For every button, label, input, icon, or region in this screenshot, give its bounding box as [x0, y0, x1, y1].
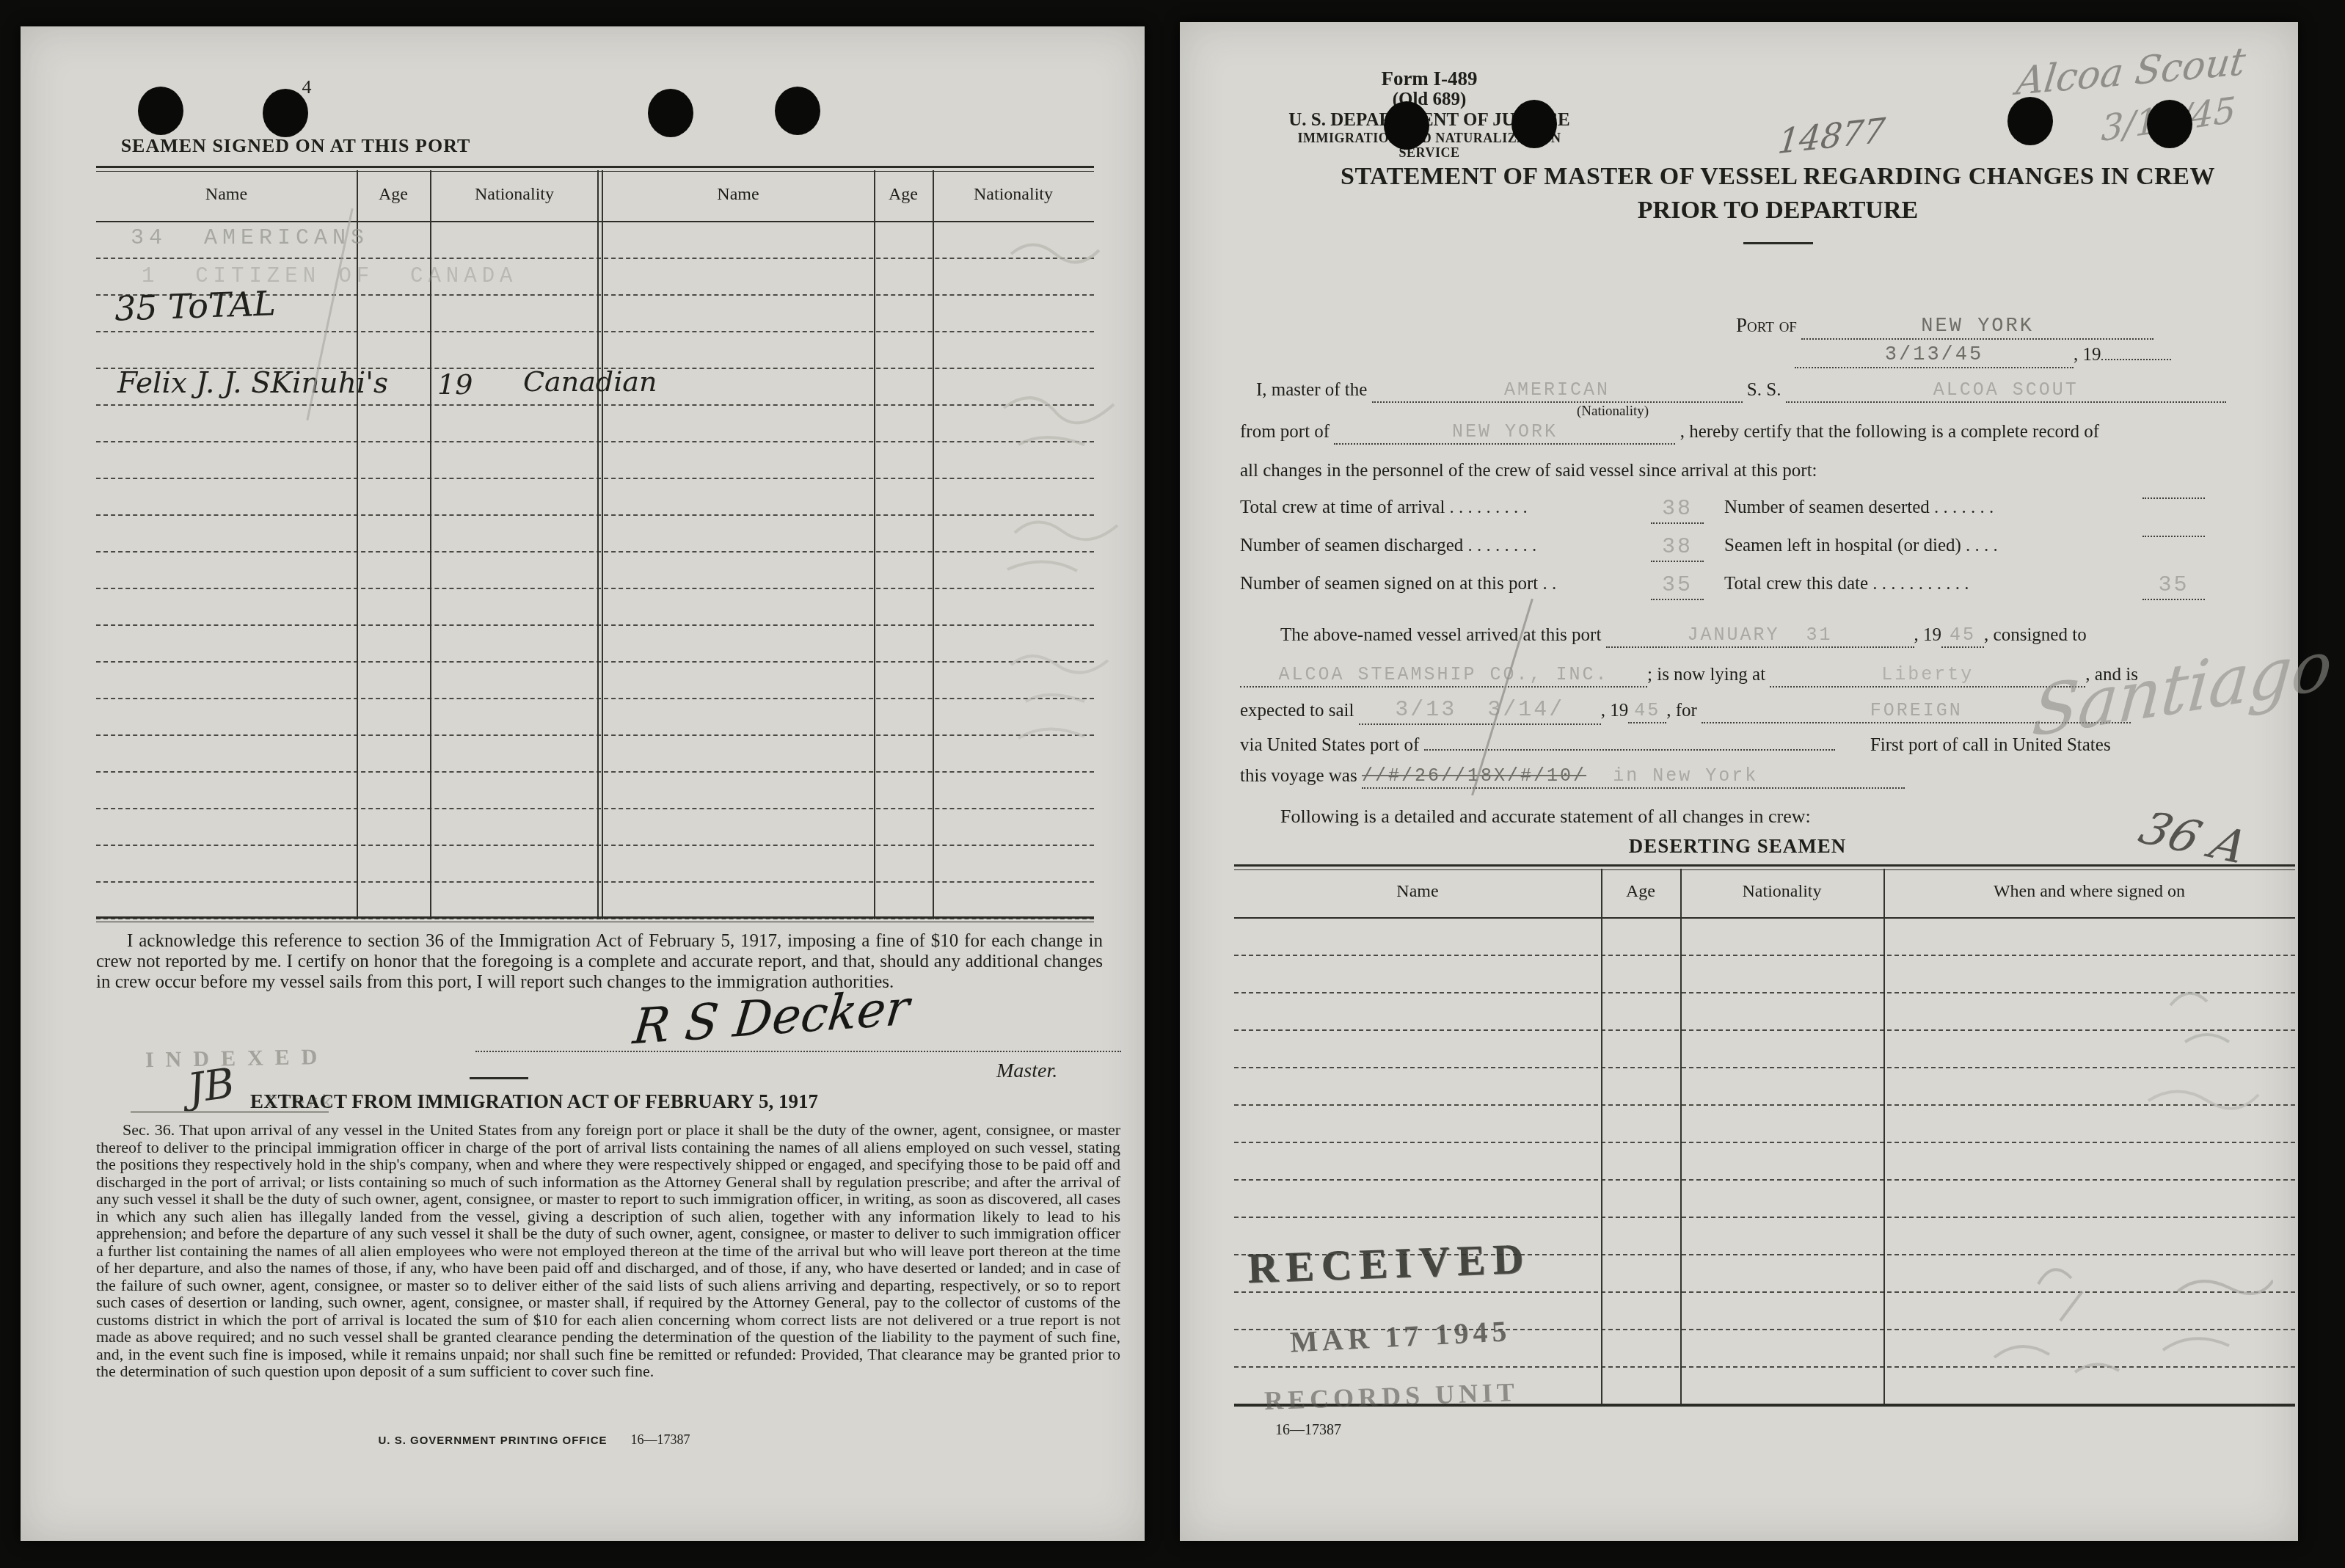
form-footer-number: 16—17387 [1275, 1422, 1341, 1439]
port-label: Port of [1736, 314, 1797, 336]
table-row [96, 699, 1094, 736]
table-row [96, 736, 1094, 773]
year-fill [2101, 359, 2171, 360]
table-row [96, 479, 1094, 516]
signature-role-label: Master. [996, 1060, 1057, 1083]
table-row [96, 626, 1094, 663]
column-divider [874, 170, 875, 919]
port-line: Port of NEW YORK [1736, 314, 2153, 340]
lying-at-label: ; is now lying at [1647, 665, 1765, 685]
master-lead: I, master of the [1256, 380, 1367, 400]
table-row [96, 553, 1094, 589]
table-row [96, 516, 1094, 553]
consignee-fill: ALCOA STEAMSHIP CO., INC. [1240, 665, 1647, 688]
consignee-value: ALCOA STEAMSHIP CO., INC. [1278, 664, 1608, 685]
right-page: Form I-489 (Old 689) U. S. DEPARTMENT OF… [1180, 22, 2298, 1541]
all-changes-line: all changes in the personnel of the crew… [1240, 461, 1817, 481]
vessel-fill: ALCOA SCOUT [1786, 380, 2226, 403]
date-value: 3/13/45 [1885, 344, 1983, 366]
punch-hole [2147, 100, 2192, 148]
arrival-line-3: expected to sail 3/13 3/14/ , 1945, for … [1240, 699, 2131, 725]
arrival-l1b: , 19 [1914, 625, 1942, 645]
table-row [1234, 956, 2295, 993]
table-row [1234, 1181, 2295, 1218]
punch-hole [775, 87, 820, 135]
arrival-l1-text: The above-named vessel arrived at this p… [1280, 625, 1601, 645]
divider-dash [470, 1077, 528, 1079]
sail-l3b: , 19 [1601, 701, 1629, 721]
table-row [1234, 1106, 2295, 1143]
stats-row-1: Total crew at time of arrival . . . . . … [1240, 497, 2278, 518]
stat-value: 38 [1662, 497, 1693, 522]
table-row [1234, 993, 2295, 1031]
column-divider [1883, 869, 1885, 1405]
master-line: I, master of the AMERICAN S. S. ALCOA SC… [1240, 380, 2226, 403]
signature-line [475, 1051, 1121, 1052]
stat-label-2: Number of seamen deserted . . . . . . . [1724, 497, 1994, 518]
from-port-value: NEW YORK [1452, 421, 1558, 442]
sail-year: 45 [1634, 700, 1660, 721]
from-port-label: from port of [1240, 422, 1330, 442]
voyage-fill: //#/26//18X/#/10/ in New York [1362, 766, 1905, 789]
page-number: 4 [285, 76, 329, 98]
from-port-line: from port of NEW YORK , hereby certify t… [1240, 422, 2099, 445]
scanned-document: 4 SEAMEN SIGNED ON AT THIS PORT Name Age… [0, 0, 2345, 1568]
punch-hole [138, 87, 183, 135]
stat-value-fill: 35 [1651, 574, 1704, 600]
for-label: , for [1666, 701, 1697, 721]
following-line: Following is a detailed and accurate sta… [1280, 806, 1811, 828]
pencil-file-number: 14877 [1776, 110, 1887, 161]
received-stamp: RECEIVED [1247, 1233, 1531, 1292]
deserting-seamen-title: DESERTING SEAMEN [1268, 835, 2207, 858]
table-row [96, 442, 1094, 479]
acknowledgment-paragraph: I acknowledge this reference to section … [96, 931, 1103, 993]
sail-year-fill: 45 [1628, 701, 1666, 723]
punch-hole [648, 89, 693, 137]
arrival-date-value: JANUARY 31 [1688, 624, 1833, 646]
table-row [1234, 919, 2295, 956]
table-row [1234, 1031, 2295, 1068]
nationality-fill: AMERICAN [1372, 380, 1743, 403]
form-number: 16—17387 [631, 1432, 690, 1447]
stat-label: Number of seamen discharged . . . . . . … [1240, 536, 1536, 555]
lying-at-value: Liberty [1881, 664, 1974, 685]
stat-value: 38 [1662, 535, 1693, 560]
table-header-row: Name Age Nationality When and where sign… [1234, 869, 2295, 919]
table-row [96, 846, 1094, 883]
date-fill: 3/13/45 [1795, 345, 2074, 368]
table-row [1234, 1068, 2295, 1106]
arrival-year: 45 [1950, 624, 1976, 646]
stat-value-2-fill: 35 [2142, 574, 2205, 600]
arrival-line-1: The above-named vessel arrived at this p… [1240, 625, 2087, 648]
port-fill: NEW YORK [1801, 316, 2153, 340]
sail-date-fill: 3/13 3/14/ [1359, 699, 1601, 725]
entry-total-handwritten: 35 ToTAL [114, 283, 277, 329]
column-header-age: Age [1601, 882, 1680, 902]
table-row [1234, 1143, 2295, 1181]
arrival-l1c: , consigned to [1984, 625, 2087, 645]
stat-value: 35 [1662, 573, 1693, 598]
stat-value-fill: 38 [1651, 497, 1704, 524]
form-title-line2: PRIOR TO DEPARTURE [1268, 197, 2288, 225]
column-divider-double [597, 170, 599, 919]
stat-label: Total crew at time of arrival . . . . . … [1240, 497, 1528, 517]
form-title-line1: STATEMENT OF MASTER OF VESSEL REGARDING … [1268, 163, 2288, 191]
printing-office-label: U. S. GOVERNMENT PRINTING OFFICE [378, 1434, 607, 1447]
via-port-label: via United States port of [1240, 735, 1419, 755]
stats-row-3: Number of seamen signed on at this port … [1240, 574, 2278, 594]
stat-value-2-fill [2142, 497, 2205, 499]
voyage-label: this voyage was [1240, 766, 1357, 786]
ss-label: S. S. [1747, 380, 1781, 400]
left-footer: U. S. GOVERNMENT PRINTING OFFICE 16—1738… [314, 1432, 754, 1448]
column-divider [1601, 869, 1602, 1405]
table-row [96, 406, 1094, 442]
table-row [96, 332, 1094, 369]
table-row [96, 589, 1094, 626]
column-divider-double [602, 170, 603, 919]
entry-seaman-name: Felix J. J. SKinuhi's [117, 367, 388, 400]
arrival-date-fill: JANUARY 31 [1606, 625, 1914, 648]
vessel-value: ALCOA SCOUT [1933, 379, 2079, 401]
column-divider [933, 170, 934, 919]
stat-label-2: Total crew this date . . . . . . . . . .… [1724, 574, 1969, 594]
table-rows [96, 222, 1094, 919]
punch-hole [2007, 97, 2053, 145]
table-row [96, 809, 1094, 846]
table-header-row: Name Age Nationality Name Age Nationalit… [96, 170, 1094, 222]
column-header-name: Name [1234, 882, 1601, 902]
pencil-page-ref: 36 A [2132, 801, 2255, 874]
entry-seaman-nationality: Canadian [523, 365, 657, 398]
column-header-name-2: Name [602, 185, 874, 205]
date-line: 3/13/45 , 19 [1795, 345, 2171, 368]
arrival-year-fill: 45 [1941, 625, 1984, 648]
stat-label: Number of seamen signed on at this port … [1240, 574, 1556, 594]
destination-value: FOREIGN [1870, 700, 1963, 721]
entry-seaman-age: 19 [437, 368, 473, 401]
stat-value-2: 35 [2158, 573, 2189, 598]
entry-americans-faded: 34 AMERICANS [131, 226, 369, 251]
column-header-nationality: Nationality [1680, 882, 1883, 902]
year-prefix: , 19 [2074, 345, 2101, 365]
indexed-stamp: INDEXED [145, 1045, 329, 1073]
punch-hole [1511, 100, 1557, 148]
stat-value-2-fill [2142, 536, 2205, 537]
entry-citizen-faded: 1 CITIZEN OF CANADA [142, 264, 517, 288]
stat-label-2: Seamen left in hospital (or died) . . . … [1724, 536, 1998, 556]
table-row [96, 663, 1094, 699]
column-header-signed-on: When and where signed on [1883, 882, 2295, 902]
column-header-age: Age [357, 185, 430, 205]
voyage-port-value: in New York [1613, 765, 1758, 787]
arrival-line-2: ALCOA STEAMSHIP CO., INC. ; is now lying… [1240, 665, 2138, 688]
certify-continuation: , hereby certify that the following is a… [1680, 422, 2099, 442]
arrival-line-4: via United States port of First port of … [1240, 735, 2278, 756]
column-header-age-2: Age [874, 185, 933, 205]
nationality-caption: (Nationality) [1517, 404, 1708, 420]
column-divider [1680, 869, 1682, 1405]
column-header-nationality-2: Nationality [933, 185, 1094, 205]
nationality-value: AMERICAN [1504, 379, 1610, 401]
extract-body: Sec. 36. That upon arrival of any vessel… [96, 1121, 1120, 1380]
clerk-initials-handwritten: JB [185, 1060, 238, 1113]
table-row [96, 883, 1094, 919]
arrival-line-5: this voyage was //#/26//18X/#/10/ in New… [1240, 766, 1905, 789]
extract-title: EXTRACT FROM IMMIGRATION ACT OF FEBRUARY… [241, 1090, 828, 1113]
sail-date-value: 3/13 3/14/ [1395, 698, 1564, 723]
expected-sail-label: expected to sail [1240, 701, 1354, 721]
table-row [96, 773, 1094, 809]
table-bottom-rule [96, 916, 1094, 922]
stat-value-fill: 38 [1651, 536, 1704, 562]
port-value: NEW YORK [1921, 316, 2034, 338]
section-title: SEAMEN SIGNED ON AT THIS PORT [98, 135, 494, 157]
title-underline [1743, 242, 1813, 244]
column-header-name: Name [96, 185, 357, 205]
column-header-nationality: Nationality [430, 185, 599, 205]
stats-row-2: Number of seamen discharged . . . . . . … [1240, 536, 2278, 556]
form-number-label: Form I-489 [1268, 68, 1591, 90]
from-port-fill: NEW YORK [1334, 422, 1675, 445]
left-page: 4 SEAMEN SIGNED ON AT THIS PORT Name Age… [21, 26, 1145, 1541]
punch-hole [1384, 101, 1429, 150]
